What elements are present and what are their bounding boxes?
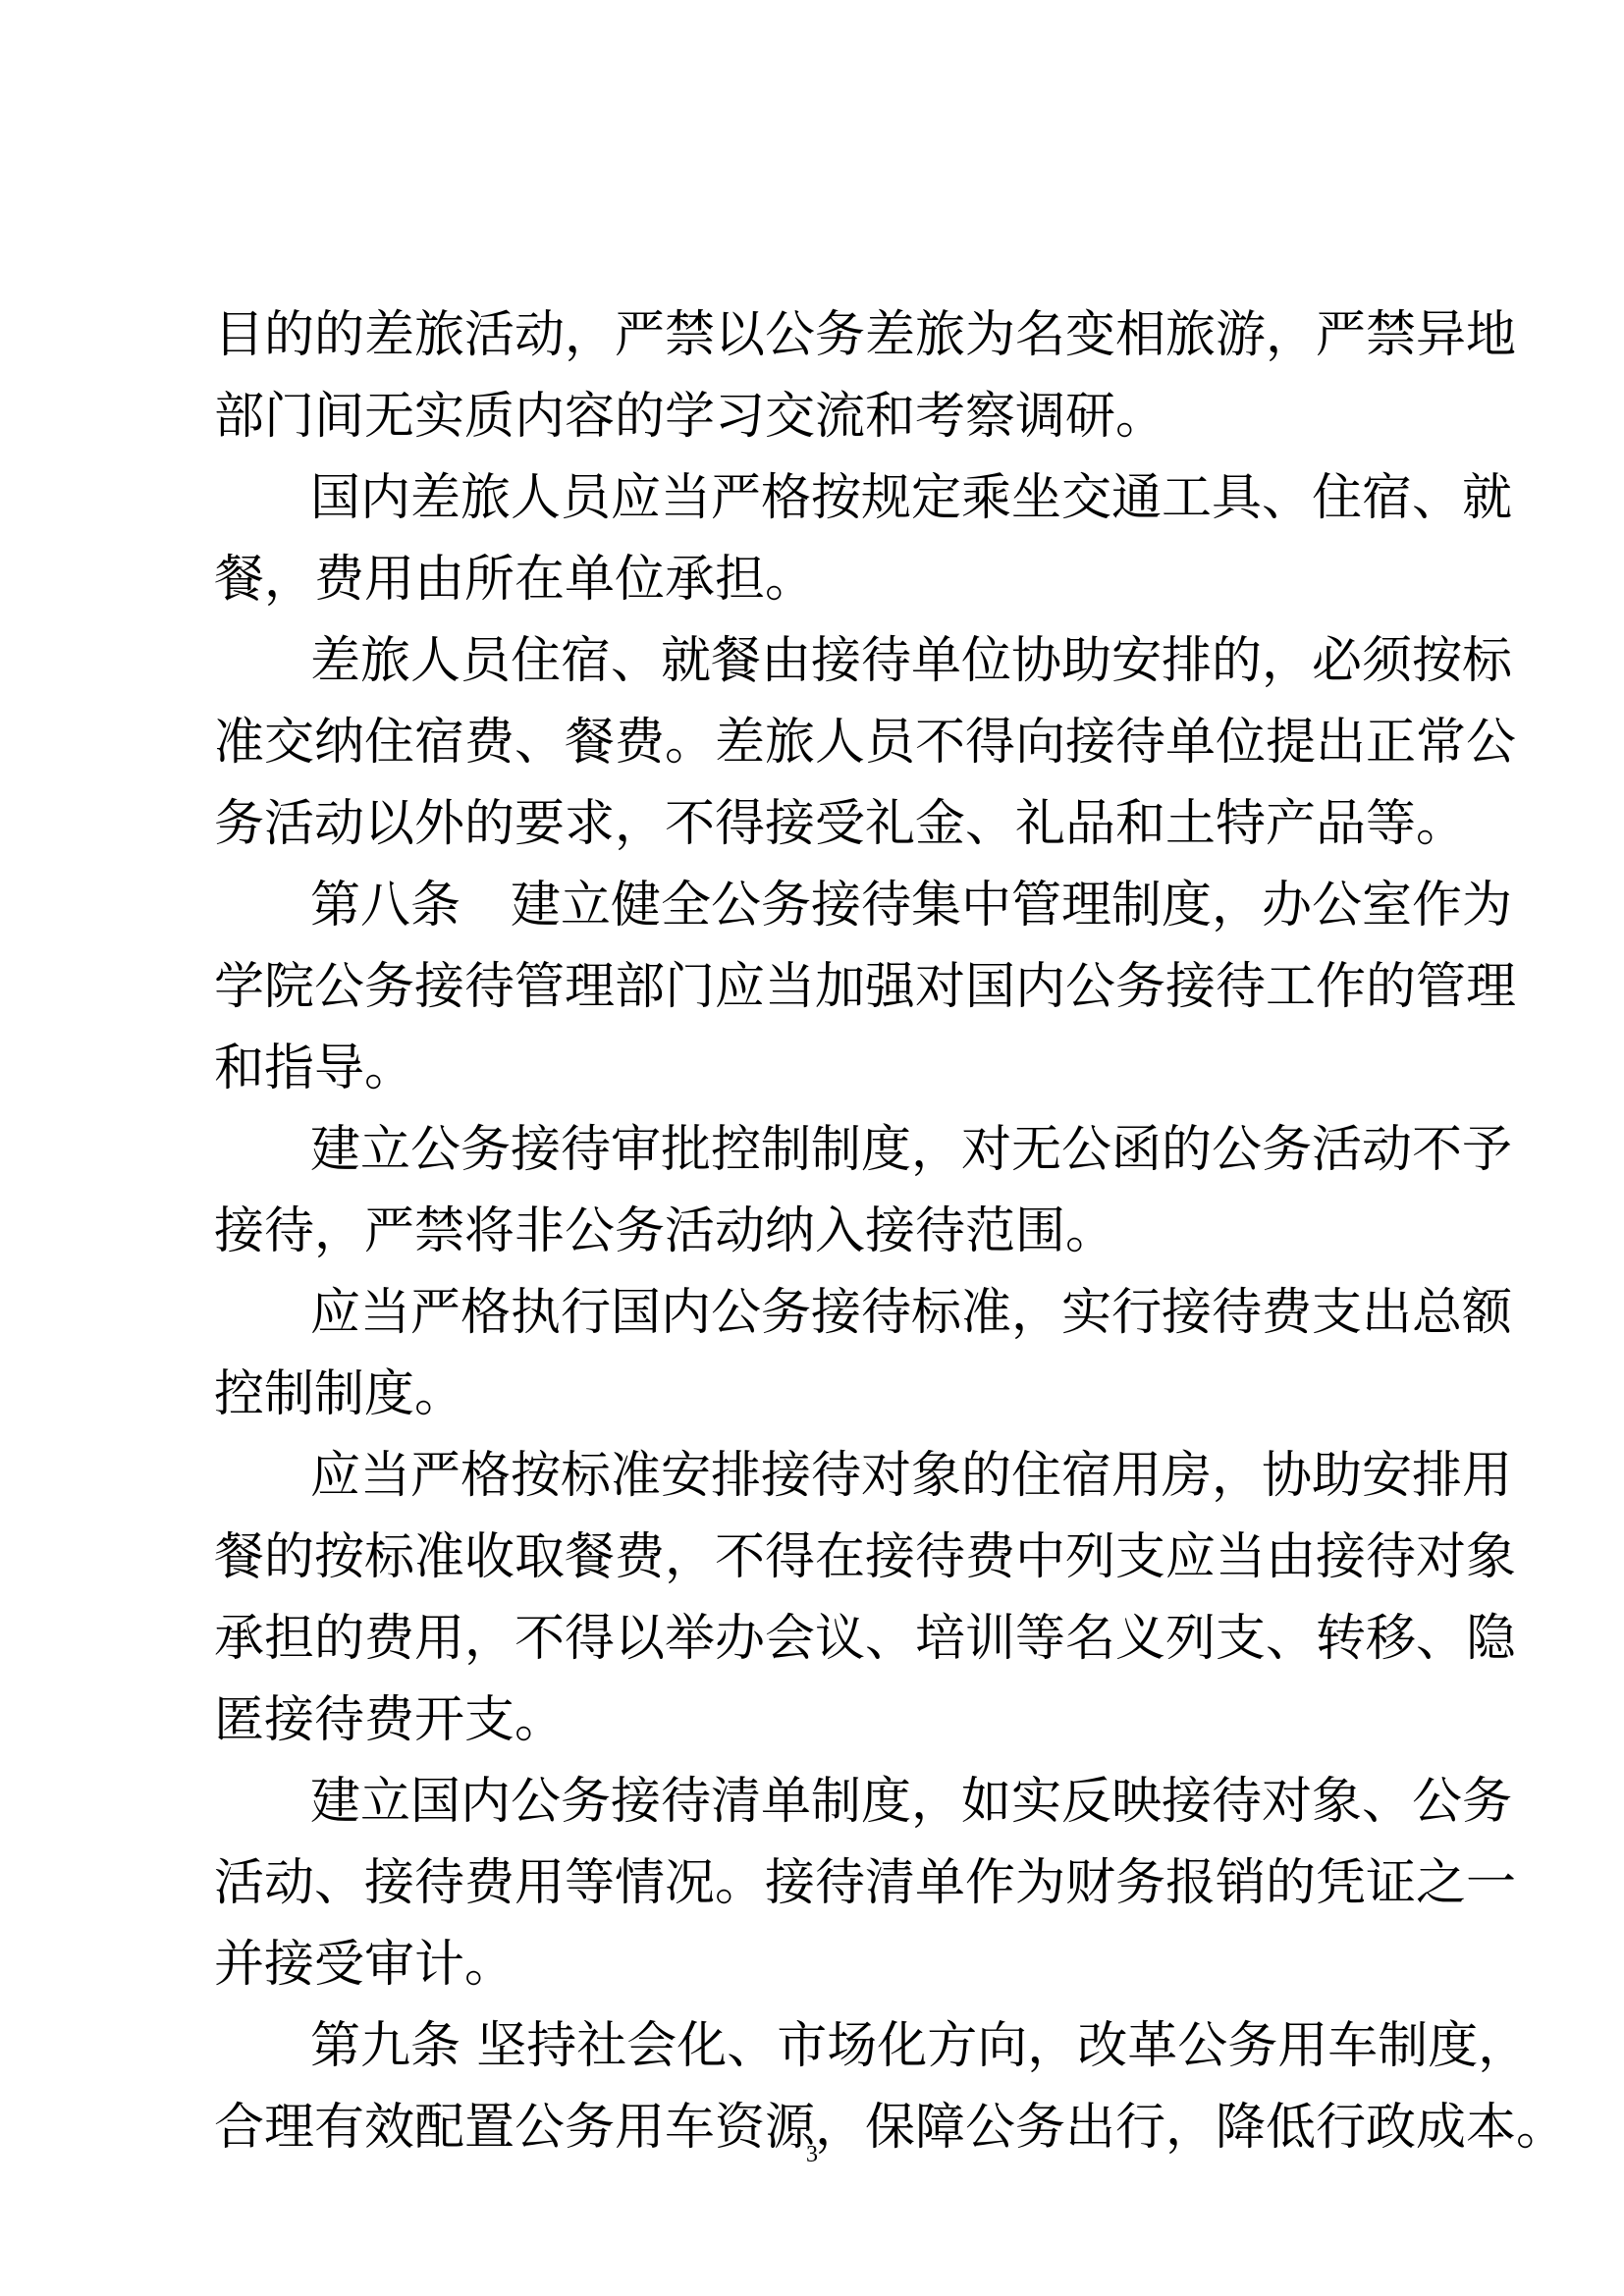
line-text: 部门间无实质内容的学习交流和考察调研。	[214, 376, 1422, 457]
line-text: 务活动以外的要求，不得接受礼金、礼品和土特产品等。	[214, 783, 1422, 865]
line-text: 控制制度。	[214, 1354, 1422, 1435]
line-text: 餐，费用由所在单位承担。	[214, 539, 1422, 620]
line-text: 承担的费用，不得以举办会议、培训等名义列支、转移、隐	[214, 1598, 1422, 1680]
line-text: 接待，严禁将非公务活动纳入接待范围。	[214, 1191, 1422, 1272]
text-line: 目的的差旅活动，严禁以公务差旅为名变相旅游，严禁异地	[214, 294, 1422, 376]
text-line: 承担的费用，不得以举办会议、培训等名义列支、转移、隐	[214, 1598, 1422, 1680]
line-text: 准交纳住宿费、餐费。差旅人员不得向接待单位提出正常公	[214, 702, 1422, 783]
text-line: 控制制度。	[214, 1354, 1422, 1435]
line-text: 差旅人员住宿、就餐由接待单位协助安排的，必须按标	[310, 620, 1422, 702]
document-body: 目的的差旅活动，严禁以公务差旅为名变相旅游，严禁异地 部门间无实质内容的学习交流…	[214, 294, 1422, 2168]
line-text: 匿接待费开支。	[214, 1680, 1422, 1761]
text-line: 第八条 建立健全公务接待集中管理制度，办公室作为	[214, 865, 1422, 946]
line-text: 应当严格执行国内公务接待标准，实行接待费支出总额	[310, 1272, 1422, 1354]
text-line: 应当严格按标准安排接待对象的住宿用房，协助安排用	[214, 1435, 1422, 1517]
line-text: 国内差旅人员应当严格按规定乘坐交通工具、住宿、就	[310, 457, 1422, 539]
text-line: 并接受审计。	[214, 1924, 1422, 2005]
page-number: 3	[0, 2142, 1624, 2168]
text-line: 餐的按标准收取餐费，不得在接待费中列支应当由接待对象	[214, 1517, 1422, 1598]
text-line: 接待，严禁将非公务活动纳入接待范围。	[214, 1191, 1422, 1272]
line-text: 和指导。	[214, 1028, 1422, 1109]
text-line: 准交纳住宿费、餐费。差旅人员不得向接待单位提出正常公	[214, 702, 1422, 783]
line-text: 第八条 建立健全公务接待集中管理制度，办公室作为	[310, 865, 1422, 946]
text-line: 建立国内公务接待清单制度，如实反映接待对象、公务	[214, 1761, 1422, 1842]
text-line: 差旅人员住宿、就餐由接待单位协助安排的，必须按标	[214, 620, 1422, 702]
text-line: 活动、接待费用等情况。接待清单作为财务报销的凭证之一	[214, 1842, 1422, 1924]
line-text: 学院公务接待管理部门应当加强对国内公务接待工作的管理	[214, 946, 1422, 1028]
text-line: 务活动以外的要求，不得接受礼金、礼品和土特产品等。	[214, 783, 1422, 865]
line-text: 第九条 坚持社会化、市场化方向，改革公务用车制度，	[310, 2005, 1422, 2087]
text-line: 国内差旅人员应当严格按规定乘坐交通工具、住宿、就	[214, 457, 1422, 539]
document-page: 目的的差旅活动，严禁以公务差旅为名变相旅游，严禁异地 部门间无实质内容的学习交流…	[0, 0, 1624, 2296]
text-line: 应当严格执行国内公务接待标准，实行接待费支出总额	[214, 1272, 1422, 1354]
text-line: 匿接待费开支。	[214, 1680, 1422, 1761]
line-text: 目的的差旅活动，严禁以公务差旅为名变相旅游，严禁异地	[214, 294, 1422, 376]
line-text: 建立国内公务接待清单制度，如实反映接待对象、公务	[310, 1761, 1422, 1842]
text-line: 部门间无实质内容的学习交流和考察调研。	[214, 376, 1422, 457]
text-line: 和指导。	[214, 1028, 1422, 1109]
line-text: 餐的按标准收取餐费，不得在接待费中列支应当由接待对象	[214, 1517, 1422, 1598]
text-line: 餐，费用由所在单位承担。	[214, 539, 1422, 620]
line-text: 应当严格按标准安排接待对象的住宿用房，协助安排用	[310, 1435, 1422, 1517]
text-line: 学院公务接待管理部门应当加强对国内公务接待工作的管理	[214, 946, 1422, 1028]
line-text: 建立公务接待审批控制制度，对无公函的公务活动不予	[310, 1109, 1422, 1191]
line-text: 活动、接待费用等情况。接待清单作为财务报销的凭证之一	[214, 1842, 1422, 1924]
line-text: 并接受审计。	[214, 1924, 1422, 2005]
text-line: 第九条 坚持社会化、市场化方向，改革公务用车制度，	[214, 2005, 1422, 2087]
text-line: 建立公务接待审批控制制度，对无公函的公务活动不予	[214, 1109, 1422, 1191]
